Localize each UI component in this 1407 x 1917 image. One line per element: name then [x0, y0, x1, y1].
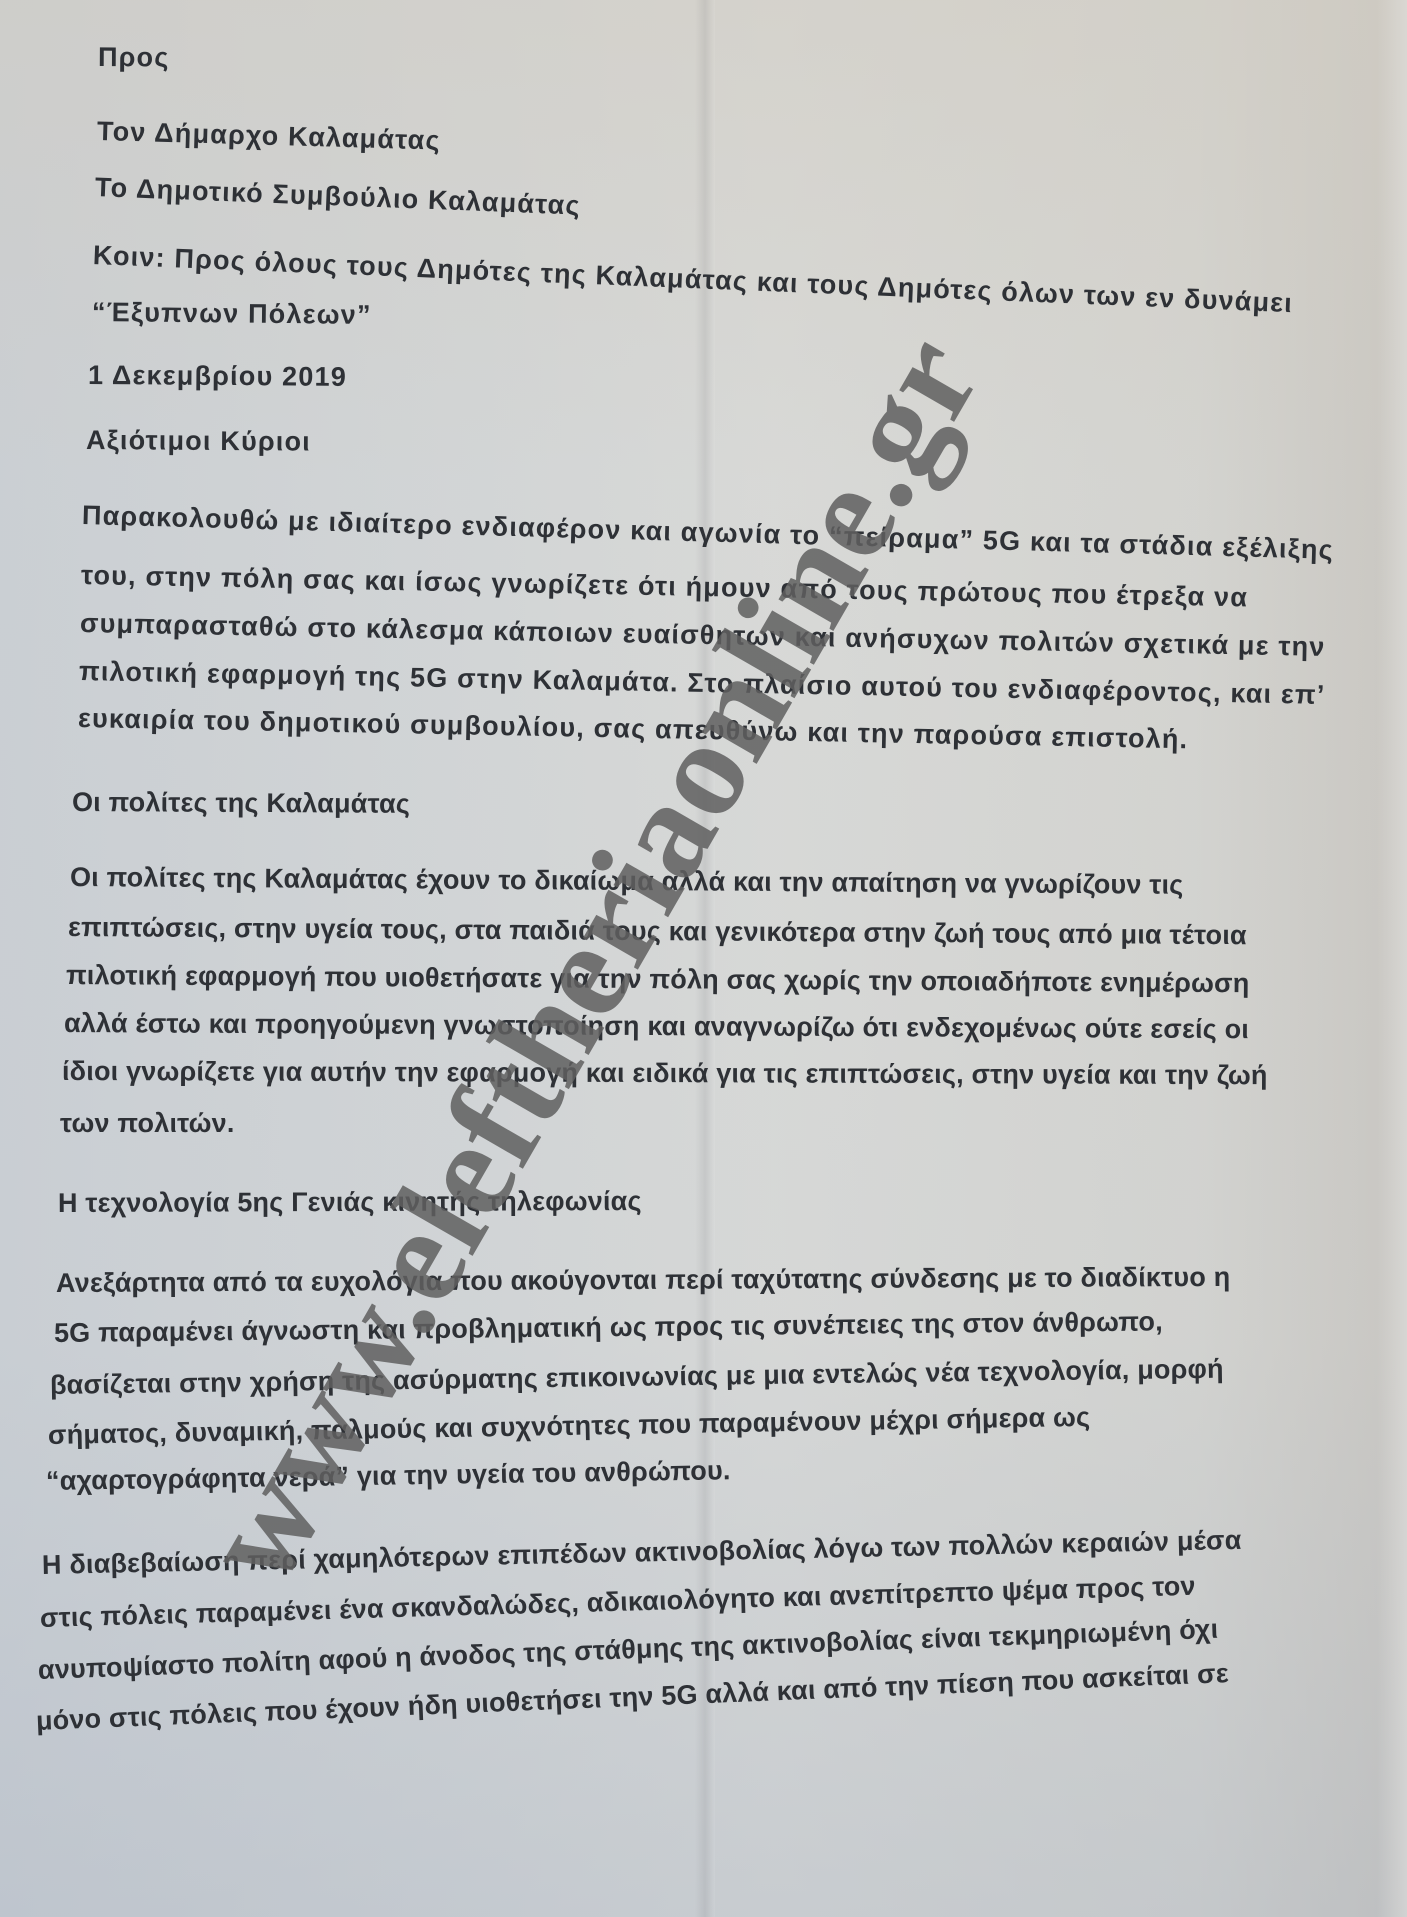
recipient-line: Προς [98, 42, 170, 73]
paper-edge [1377, 0, 1407, 1917]
paragraph-line: ίδιοι γνωρίζετε για αυτήν την εφαρμογή κ… [62, 1056, 1268, 1091]
section-heading: Οι πολίτες της Καλαμάτας [72, 787, 410, 820]
paragraph-line: Ανεξάρτητα από τα ευχολόγια που ακούγοντ… [56, 1262, 1231, 1299]
letter-date: 1 Δεκεμβρίου 2019 [88, 360, 347, 393]
paragraph-line: αλλά έστω και προηγούμενη γνωστοποίηση κ… [64, 1008, 1249, 1045]
salutation: Αξιότιμοι Κύριοι [86, 425, 311, 458]
recipient-line: “Έξυπνων Πόλεων” [92, 297, 372, 331]
paragraph-line: των πολιτών. [60, 1108, 235, 1139]
